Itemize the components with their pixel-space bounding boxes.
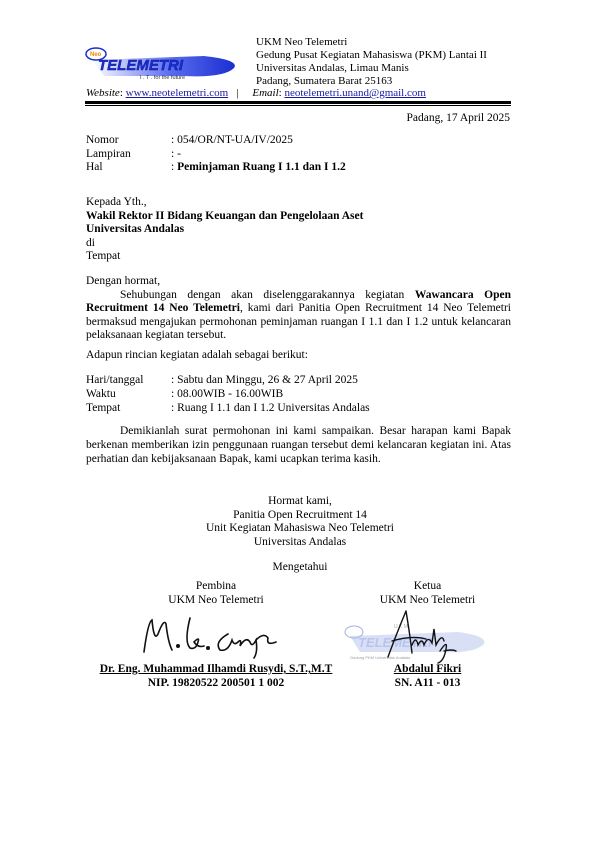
signatory-right-footer: Abdalul Fikri SN. A11 - 013 [345, 663, 510, 690]
signatory-left-footer: Dr. Eng. Muhammad Ilhamdi Rusydi, S.T.,M… [85, 663, 347, 690]
letter-meta: Nomor : 054/OR/NT-UA/IV/2025 Lampiran : … [86, 134, 346, 175]
org-building: Gedung Pusat Kegiatan Mahasiswa (PKM) La… [256, 49, 487, 62]
recipient-place: Tempat [86, 250, 363, 264]
org-campus: Universitas Andalas, Limau Manis [256, 62, 487, 75]
right-id: SN. A11 - 013 [345, 677, 510, 691]
signature-right-image [382, 605, 462, 667]
recipient-title: Wakil Rektor II Bidang Keuangan dan Peng… [86, 210, 363, 224]
letter-date: Padang, 17 April 2025 [407, 112, 511, 125]
closing-paragraph: Demikianlah surat permohonan ini kami sa… [86, 424, 511, 466]
detail-date: Hari/tanggal : Sabtu dan Minggu, 26 & 27… [86, 373, 370, 387]
body-paragraph-2: Adapun rincian kegiatan adalah sebagai b… [86, 349, 308, 362]
meta-nomor: Nomor : 054/OR/NT-UA/IV/2025 [86, 134, 346, 148]
svg-text:TELEMETRI: TELEMETRI [98, 57, 184, 74]
subject: Peminjaman Ruang I 1.1 dan I 1.2 [177, 161, 346, 175]
signatory-right-header: Ketua UKM Neo Telemetri [345, 580, 510, 607]
recipient-greeting: Kepada Yth., [86, 196, 363, 210]
left-org: UKM Neo Telemetri [85, 594, 347, 608]
org-address: UKM Neo Telemetri Gedung Pusat Kegiatan … [256, 36, 487, 88]
detail-place: Tempat : Ruang I 1.1 dan I 1.2 Universit… [86, 401, 370, 415]
acknowledge-label: Mengetahui [180, 561, 420, 573]
recipient-di: di [86, 237, 363, 251]
left-role: Pembina [85, 580, 347, 594]
signature-left-image [138, 612, 288, 662]
body-paragraph-1: Sehubungan dengan akan diselenggarakanny… [86, 289, 511, 343]
header-rule-thick [85, 101, 511, 104]
contact-separator: | [236, 87, 238, 99]
salutation: Dengan hormat, [86, 275, 511, 289]
signoff-block: Hormat kami, Panitia Open Recruitment 14… [180, 495, 420, 549]
meta-lampiran: Lampiran : - [86, 148, 346, 162]
right-name: Abdalul Fikri [345, 663, 510, 677]
recipient-institution: Universitas Andalas [86, 223, 363, 237]
contact-line: Website: www.neotelemetri.com | Email: n… [86, 87, 426, 99]
event-details: Hari/tanggal : Sabtu dan Minggu, 26 & 27… [86, 373, 370, 415]
website-label: Website [86, 87, 120, 99]
email-link[interactable]: neotelemetri.unand@gmail.com [284, 87, 425, 99]
svg-text:I . T . for the future: I . T . for the future [140, 75, 185, 81]
detail-time: Waktu : 08.00WIB - 16.00WIB [86, 387, 370, 401]
telemetri-logo: Neo TELEMETRI I . T . for the future [84, 46, 240, 82]
signatory-left-header: Pembina UKM Neo Telemetri [85, 580, 347, 607]
meta-hal: Hal : Peminjaman Ruang I 1.1 dan I 1.2 [86, 161, 346, 175]
left-id: NIP. 19820522 200501 1 002 [85, 677, 347, 691]
letter-body: Dengan hormat, Sehubungan dengan akan di… [86, 275, 511, 343]
header-rule-thin [85, 105, 511, 106]
org-name: UKM Neo Telemetri [256, 36, 487, 49]
website-link[interactable]: www.neotelemetri.com [126, 87, 229, 99]
left-name: Dr. Eng. Muhammad Ilhamdi Rusydi, S.T.,M… [85, 663, 347, 677]
recipient-block: Kepada Yth., Wakil Rektor II Bidang Keua… [86, 196, 363, 264]
right-role: Ketua [345, 580, 510, 594]
email-label: Email [252, 87, 278, 99]
